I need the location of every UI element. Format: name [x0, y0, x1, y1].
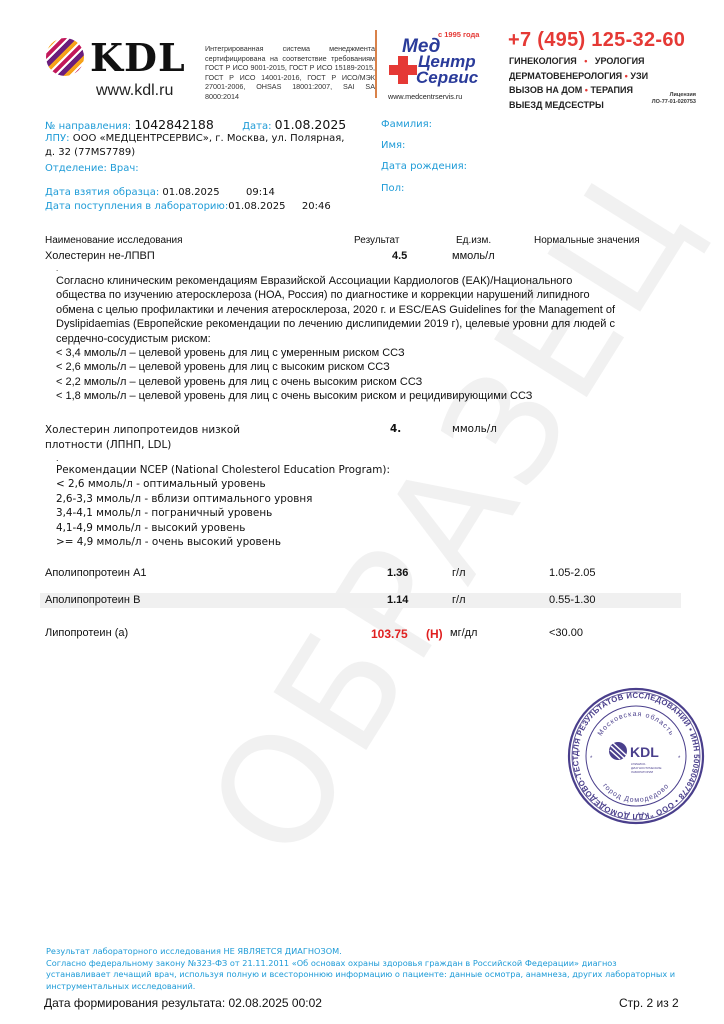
referral-date-label: Дата:: [242, 121, 271, 132]
stamp-inner-top: Московская область: [597, 711, 675, 737]
test-unit: ммоль/л: [452, 250, 495, 262]
referral-date: 01.08.2025: [275, 117, 347, 132]
services-row: ВЫЕЗД МЕДСЕСТРЫ: [509, 98, 648, 113]
lpu-label: ЛПУ:: [45, 133, 70, 144]
test-unit: г/л: [452, 594, 466, 606]
diagnosis-disclaimer: Результат лабораторного исследования НЕ …: [46, 946, 676, 992]
patient-birthdate-label: Дата рождения:: [381, 161, 467, 172]
note-line: < 3,4 ммоль/л – целевой уровень для лиц …: [56, 346, 676, 360]
medical-cross-icon: [389, 56, 417, 84]
ldl-note-lines: Рекомендации NCEP (National Cholesterol …: [56, 463, 390, 549]
test-name: Аполипопротеин А1: [45, 567, 147, 579]
note-line: 2,6-3,3 ммоль/л - вблизи оптимального ур…: [56, 492, 390, 506]
sample-date: 01.08.2025: [162, 187, 219, 198]
svg-text:ЛАБОРАТОРИИ: ЛАБОРАТОРИИ: [631, 770, 653, 774]
note-line: < 2,2 ммоль/л – целевой уровень для лиц …: [56, 375, 676, 389]
test-result: 4.: [390, 423, 401, 435]
note-line: Dyslipidaemias (Европейские рекомендации…: [56, 317, 676, 331]
svg-text:*: *: [678, 756, 681, 762]
medcentr-url: www.medcentrservis.ru: [388, 92, 462, 101]
note-line: Рекомендации NCEP (National Cholesterol …: [56, 463, 390, 477]
received-time: 20:46: [302, 201, 331, 212]
col-header-name: Наименование исследования: [45, 235, 183, 246]
test-result: 1.36: [387, 567, 408, 579]
note-line: обмена с целью профилактики и лечения ат…: [56, 303, 676, 317]
medcentrservis-logo: с 1995 года Мед Центр Сервис www.medcent…: [386, 30, 496, 105]
col-header-unit: Ед.изм.: [456, 235, 491, 246]
col-header-range: Нормальные значения: [534, 235, 640, 246]
lpu-value-cont: д. 32 (77MS7789): [45, 147, 135, 158]
services-row: ГИНЕКОЛОГИЯ • УРОЛОГИЯ: [509, 54, 648, 69]
received-date: 01.08.2025: [228, 201, 285, 212]
sample-date-line: Дата взятия образца: 01.08.2025 09:14: [45, 187, 275, 198]
certification-text: Интегрированная система менеджмента серт…: [205, 44, 375, 102]
test-name: Аполипопротеин В: [45, 594, 140, 606]
department-label: Отделение: Врач:: [45, 163, 139, 174]
nonhdl-note: . Согласно клиническим рекомендациям Евр…: [56, 264, 676, 404]
sample-time: 09:14: [246, 187, 275, 198]
test-range: <30.00: [549, 627, 583, 639]
test-result: 1.14: [387, 594, 408, 606]
note-line: общества по изучению атеросклероза (НОА,…: [56, 288, 676, 302]
test-unit: г/л: [452, 567, 466, 579]
kdl-url: www.kdl.ru: [96, 82, 173, 100]
license-label: Лицензия: [648, 92, 696, 99]
ldl-note: . Рекомендации NCEP (National Cholestero…: [56, 455, 390, 553]
svg-text:KDL: KDL: [630, 744, 659, 760]
test-unit: мг/дл: [450, 627, 477, 639]
svg-text:город Домодедово: город Домодедово: [601, 782, 671, 804]
services-row: ДЕРМАТОВЕНЕРОЛОГИЯ • УЗИ: [509, 69, 648, 84]
note-line: сердечно-сосудистым риском:: [56, 332, 676, 346]
generated-date: Дата формирования результата: 02.08.2025…: [44, 996, 322, 1010]
page-number: Стр. 2 из 2: [619, 996, 679, 1010]
test-result: 4.5: [392, 250, 407, 262]
received-label: Дата поступления в лабораторию:: [45, 201, 228, 212]
note-line: 4,1-4,9 ммоль/л - высокий уровень: [56, 521, 390, 535]
svg-text:Московская область: Московская область: [597, 711, 675, 737]
referral-number-label: № направления:: [45, 121, 131, 132]
license-number: ЛО-77-01-020753: [648, 99, 696, 106]
test-range: 1.05-2.05: [549, 567, 595, 579]
note-line: < 2,6 ммоль/л - оптимальный уровень: [56, 477, 390, 491]
note-line: < 1,8 ммоль/л – целевой уровень для лиц …: [56, 389, 676, 403]
stamp-inner-bottom: город Домодедово: [601, 782, 671, 804]
lpu-line: ЛПУ: ООО «МЕДЦЕНТРСЕРВИС», г. Москва, ул…: [45, 133, 344, 144]
test-result-high: 103.75: [371, 627, 408, 641]
header-divider: [375, 30, 377, 98]
test-name: Холестерин не-ЛПВП: [45, 250, 155, 262]
kdl-logo: KDL www.kdl.ru: [46, 38, 196, 98]
phone-number: +7 (495) 125-32-60: [508, 29, 685, 52]
seal-stamp: ДЛЯ РЕЗУЛЬТАТОВ ИССЛЕДОВАНИЙ • ИНН 50090…: [566, 686, 706, 826]
sample-date-label: Дата взятия образца:: [45, 187, 159, 198]
services-list: ГИНЕКОЛОГИЯ • УРОЛОГИЯ ДЕРМАТОВЕНЕРОЛОГИ…: [509, 54, 648, 112]
logo-line-servis: Сервис: [416, 68, 478, 88]
patient-sex-label: Пол:: [381, 183, 404, 194]
services-row: ВЫЗОВ НА ДОМ • ТЕРАПИЯ: [509, 83, 648, 98]
test-range: 0.55-1.30: [549, 594, 595, 606]
test-unit: ммоль/л: [452, 423, 497, 435]
test-name: Липопротеин (а): [45, 627, 128, 639]
high-flag: (Н): [426, 627, 443, 641]
referral-line: № направления: 1042842188 Дата: 01.08.20…: [45, 117, 346, 132]
note-line: Согласно клиническим рекомендациям Евраз…: [56, 274, 676, 288]
patient-name-label: Имя:: [381, 140, 405, 151]
kdl-brand: KDL: [90, 35, 186, 80]
since-year: с 1995 года: [438, 30, 479, 39]
kdl-sphere-icon: [46, 38, 84, 76]
col-header-result: Результат: [354, 235, 399, 246]
received-line: Дата поступления в лабораторию:01.08.202…: [45, 201, 331, 212]
license: Лицензия ЛО-77-01-020753: [648, 92, 696, 106]
nonhdl-note-lines: Согласно клиническим рекомендациям Евраз…: [56, 274, 676, 404]
test-name: Холестерин липопротеидов низкой плотност…: [45, 423, 240, 453]
lpu-value: ООО «МЕДЦЕНТРСЕРВИС», г. Москва, ул. Пол…: [73, 133, 345, 144]
referral-number: 1042842188: [134, 117, 214, 132]
note-line: 3,4-4,1 ммоль/л - пограничный уровень: [56, 506, 390, 520]
note-line: >= 4,9 ммоль/л - очень высокий уровень: [56, 535, 390, 549]
patient-surname-label: Фамилия:: [381, 119, 432, 130]
svg-text:*: *: [590, 756, 593, 762]
note-line: < 2,6 ммоль/л – целевой уровень для лиц …: [56, 360, 676, 374]
